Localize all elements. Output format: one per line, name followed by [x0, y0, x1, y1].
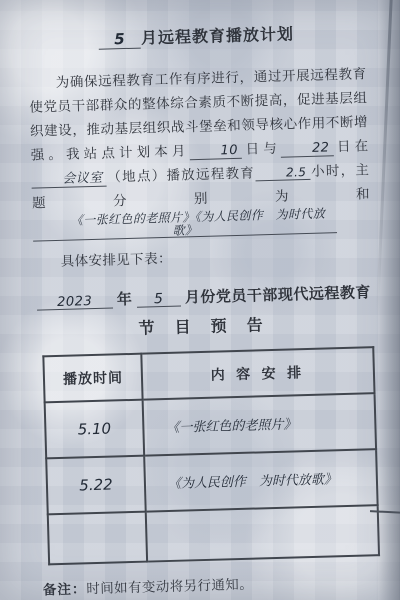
para-seg4: （地点）播放远程教育 — [106, 165, 255, 184]
fill-location: 会议室 — [31, 172, 107, 189]
row2-time: 5.22 — [46, 455, 146, 514]
table-row: 5.10 《一张红色的老照片》 — [45, 393, 376, 458]
year-label: 年 — [117, 291, 133, 307]
fill-heading-month: 5 — [136, 291, 180, 308]
title-month-fill: 5 — [99, 32, 141, 50]
row3-time — [48, 511, 147, 564]
fill-day2: 22 — [281, 141, 334, 157]
row3-content — [146, 505, 379, 561]
header-content-arrangement: 内 容 安 排 — [141, 347, 374, 399]
footnote-label: 备注： — [43, 581, 87, 597]
fill-themes: 《一张红色的老照片》《为人民创作 为时代放歌》 — [32, 207, 337, 242]
title-text: 月远程教育播放计划 — [141, 26, 294, 47]
table-row — [48, 505, 379, 564]
row2-content: 《为人民创作 为时代放歌》 — [144, 449, 377, 511]
page-content: 5月远程教育播放计划 为确保远程教育工作有序进行，通过开展远程教育使党员干部群众… — [0, 0, 400, 600]
fill-hours: 2.5 — [255, 166, 311, 181]
program-heading-line2: 节 目 预 告 — [35, 309, 374, 341]
program-heading-rest: 月份党员干部现代远程教育 — [185, 285, 371, 306]
footnote-text: 时间如有变动将另行通知。 — [86, 576, 253, 596]
table-row: 5.22 《为人民创作 为时代放歌》 — [46, 449, 377, 514]
para-seg3: 日在 — [333, 138, 369, 154]
page-title: 5月远程教育播放计划 — [27, 19, 366, 51]
para-seg2: 日与 — [242, 141, 281, 157]
fill-year: 2023 — [37, 294, 113, 311]
row1-content: 《一张红色的老照片》 — [143, 393, 376, 455]
see-table-line: 具体安排见下表： — [33, 241, 371, 270]
program-table: 播放时间 内 容 安 排 5.10 《一张红色的老照片》 5.22 《为人民创作… — [42, 346, 380, 565]
header-broadcast-time: 播放时间 — [43, 353, 142, 402]
document-photo: 5月远程教育播放计划 为确保远程教育工作有序进行，通过开展远程教育使党员干部群众… — [0, 0, 400, 600]
body-paragraph: 为确保远程教育工作有序进行，通过开展远程教育使党员干部群众的整体综合素质不断提高… — [28, 62, 371, 246]
fill-day1: 10 — [189, 144, 242, 160]
footnote: 备注：时间如有变动将另行通知。 — [43, 569, 381, 598]
program-heading: 2023 年 5 月份党员干部现代远程教育 节 目 预 告 — [35, 281, 374, 341]
row1-time: 5.10 — [45, 399, 145, 458]
program-heading-line1: 2023 年 5 月份党员干部现代远程教育 — [35, 281, 373, 311]
